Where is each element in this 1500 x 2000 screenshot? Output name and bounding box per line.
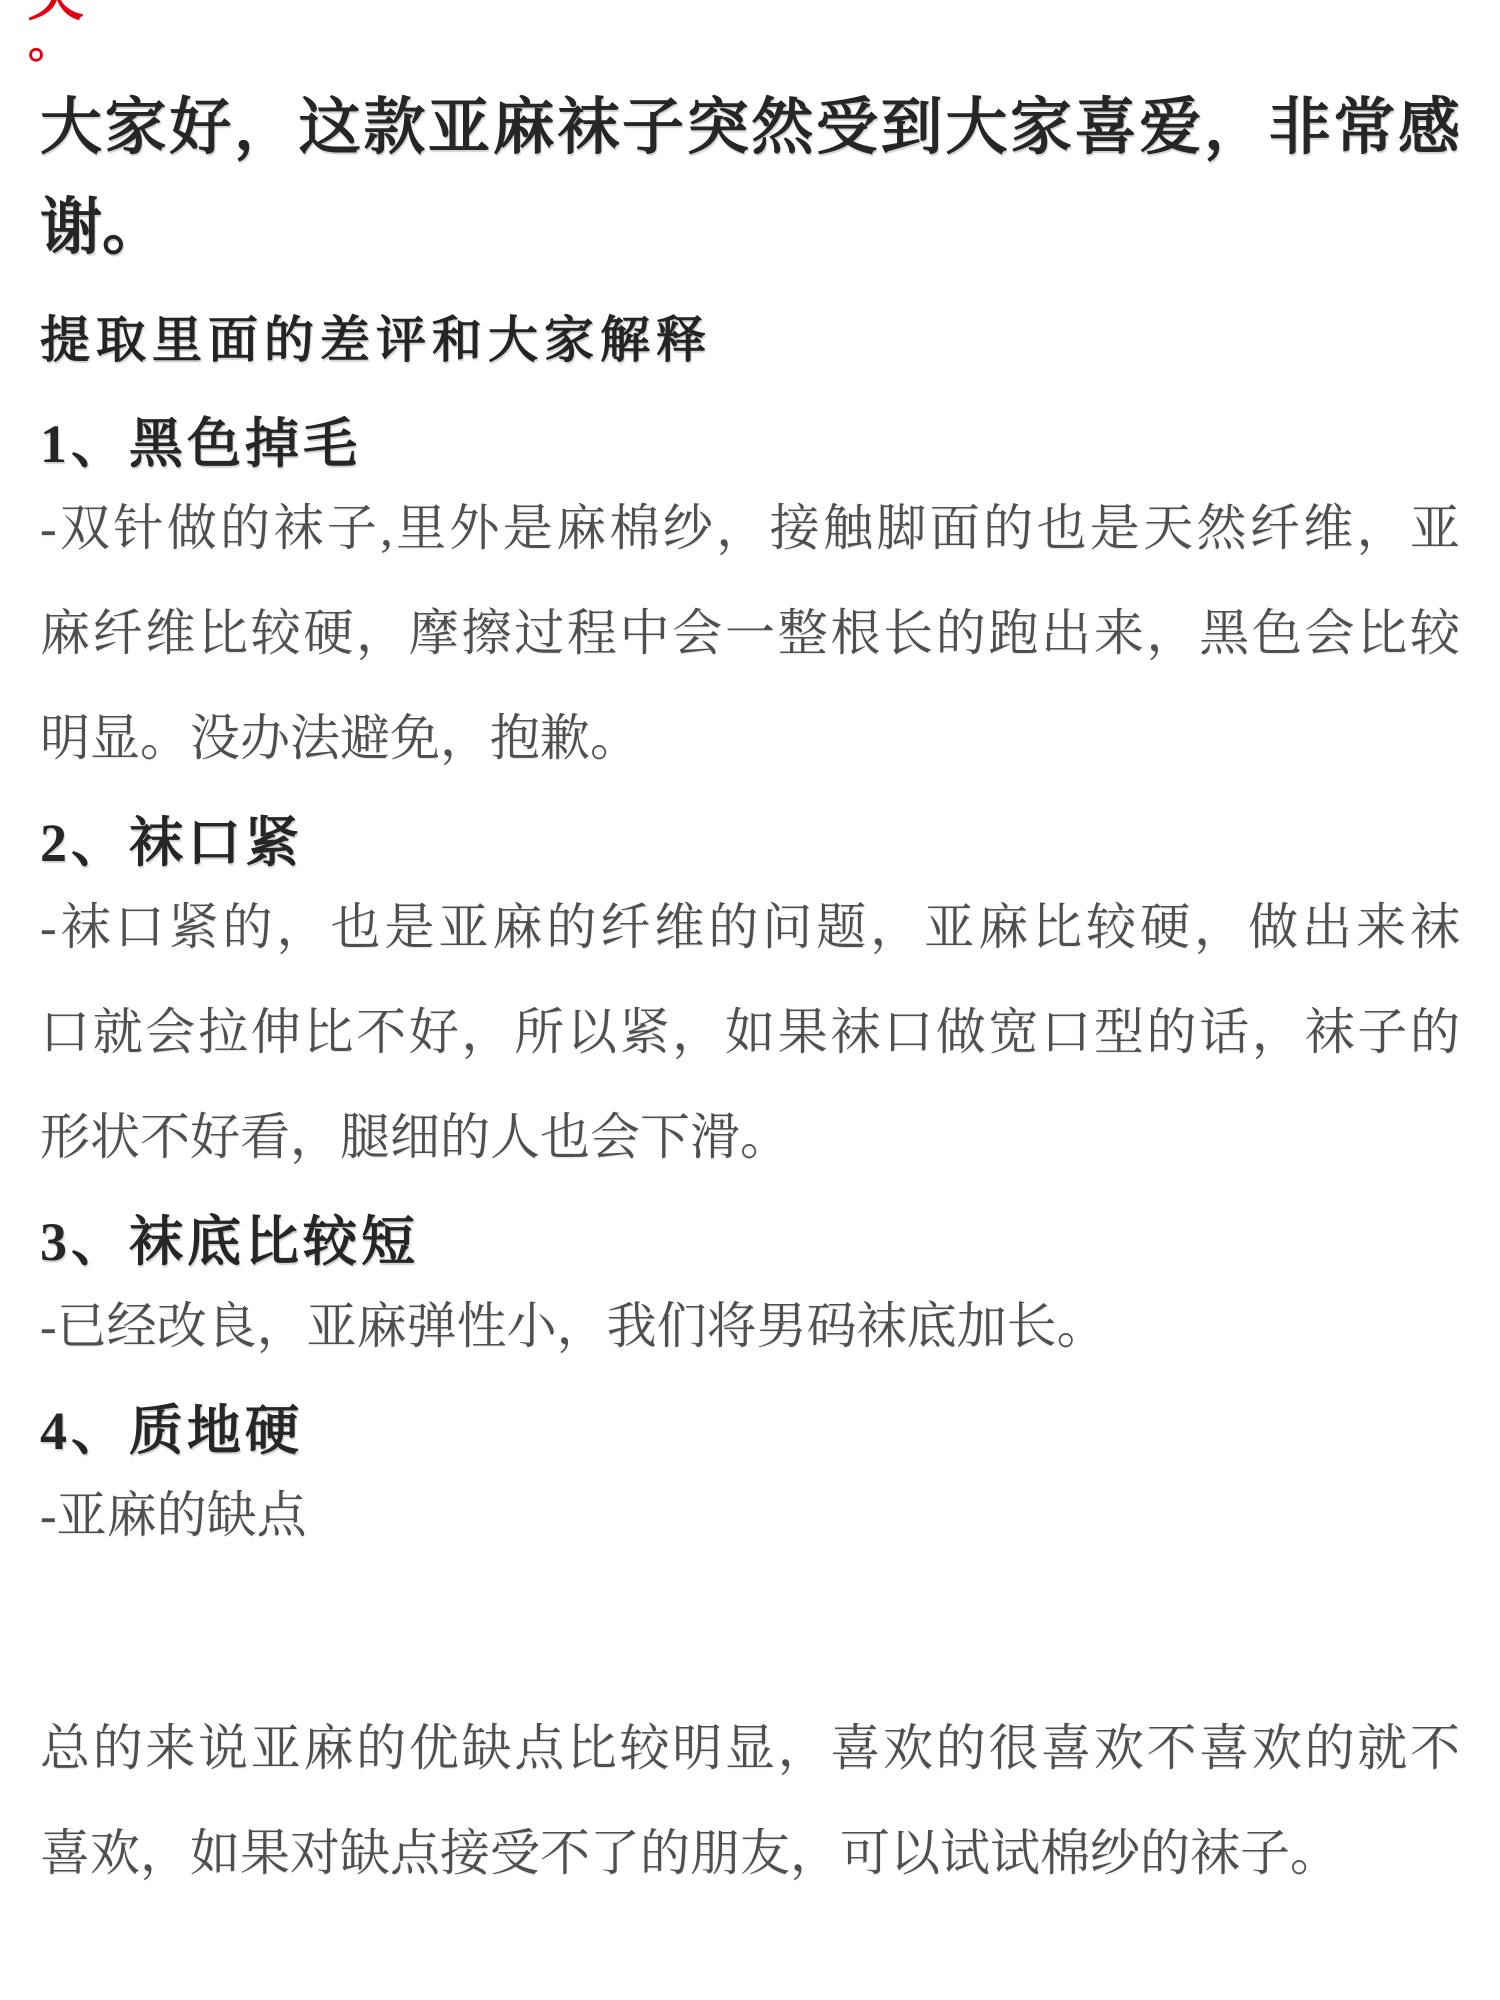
section-2-line-2: 口就会拉伸比不好，所以紧，如果袜口做宽口型的话，袜子的 [40, 980, 1460, 1085]
section-1-line-2: 麻纤维比较硬，摩擦过程中会一整根长的跑出来，黑色会比较 [40, 581, 1460, 686]
section-4-paragraph: -亚麻的缺点 [40, 1463, 1460, 1568]
section-4-line-1: -亚麻的缺点 [40, 1463, 1460, 1568]
cropped-red-text-fragment: 关 。 [28, 0, 84, 66]
section-1-paragraph: -双针做的袜子,里外是麻棉纱，接触脚面的也是天然纤维，亚 麻纤维比较硬，摩擦过程… [40, 476, 1460, 791]
section-1-heading: 1、黑色掉毛 [40, 412, 1460, 476]
section-2-paragraph: -袜口紧的，也是亚麻的纤维的问题，亚麻比较硬，做出来袜 口就会拉伸比不好，所以紧… [40, 875, 1460, 1190]
section-3-heading: 3、袜底比较短 [40, 1210, 1460, 1274]
section-2-line-3: 形状不好看，腿细的人也会下滑。 [40, 1085, 1460, 1190]
red-fragment-char: 关 [28, 0, 84, 20]
conclusion-paragraph: 总的来说亚麻的优缺点比较明显，喜欢的很喜欢不喜欢的就不 喜欢，如果对缺点接受不了… [40, 1696, 1460, 1906]
page-subtitle: 提取里面的差评和大家解释 [40, 312, 1460, 368]
conclusion-line-1: 总的来说亚麻的优缺点比较明显，喜欢的很喜欢不喜欢的就不 [40, 1696, 1460, 1801]
section-1-line-3: 明显。没办法避免，抱歉。 [40, 686, 1460, 791]
section-3-paragraph: -已经改良，亚麻弹性小，我们将男码袜底加长。 [40, 1274, 1460, 1379]
page-title: 大家好，这款亚麻袜子突然受到大家喜爱，非常感 谢。 [40, 78, 1460, 278]
document-body: 大家好，这款亚麻袜子突然受到大家喜爱，非常感 谢。 提取里面的差评和大家解释 1… [0, 78, 1500, 1906]
section-2-heading: 2、袜口紧 [40, 811, 1460, 875]
conclusion-line-2: 喜欢，如果对缺点接受不了的朋友，可以试试棉纱的袜子。 [40, 1801, 1460, 1906]
section-1-line-1: -双针做的袜子,里外是麻棉纱，接触脚面的也是天然纤维，亚 [40, 476, 1460, 581]
page-title-line-1: 大家好，这款亚麻袜子突然受到大家喜爱，非常感 [40, 78, 1460, 178]
section-2-line-1: -袜口紧的，也是亚麻的纤维的问题，亚麻比较硬，做出来袜 [40, 875, 1460, 980]
page-title-line-2: 谢。 [40, 178, 1460, 278]
section-4-heading: 4、质地硬 [40, 1399, 1460, 1463]
section-3-line-1: -已经改良，亚麻弹性小，我们将男码袜底加长。 [40, 1274, 1460, 1379]
